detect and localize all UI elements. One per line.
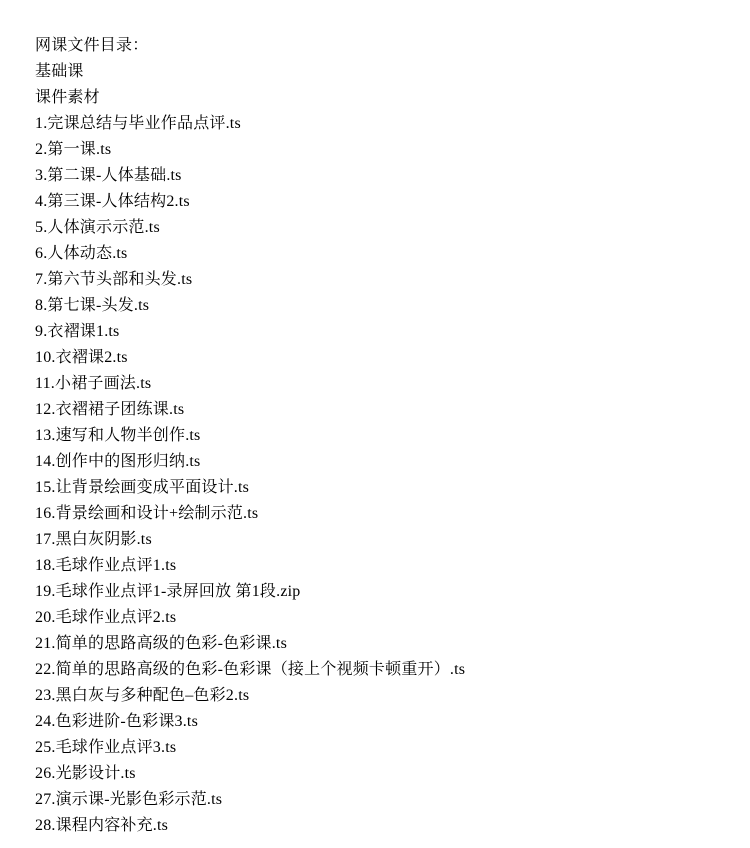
file-item: 16.背景绘画和设计+绘制示范.ts — [35, 501, 730, 527]
file-item: 26.光影设计.ts — [35, 761, 730, 787]
file-item: 2.第一课.ts — [35, 137, 730, 163]
file-item: 24.色彩进阶-色彩课3.ts — [35, 709, 730, 735]
file-item: 28.课程内容补充.ts — [35, 813, 730, 839]
file-list: 1.完课总结与毕业作品点评.ts2.第一课.ts3.第二课-人体基础.ts4.第… — [35, 111, 730, 839]
category-list: 基础课课件素材 — [35, 59, 730, 111]
file-item: 4.第三课-人体结构2.ts — [35, 189, 730, 215]
file-item: 10.衣褶课2.ts — [35, 345, 730, 371]
file-item: 22.简单的思路高级的色彩-色彩课（接上个视频卡顿重开）.ts — [35, 657, 730, 683]
category-label: 基础课 — [35, 59, 730, 85]
file-item: 23.黑白灰与多种配色–色彩2.ts — [35, 683, 730, 709]
file-item: 7.第六节头部和头发.ts — [35, 267, 730, 293]
page-title: 网课文件目录： — [35, 33, 730, 59]
file-item: 17.黑白灰阴影.ts — [35, 527, 730, 553]
file-item: 15.让背景绘画变成平面设计.ts — [35, 475, 730, 501]
file-item: 5.人体演示示范.ts — [35, 215, 730, 241]
file-item: 20.毛球作业点评2.ts — [35, 605, 730, 631]
file-item: 21.简单的思路高级的色彩-色彩课.ts — [35, 631, 730, 657]
file-item: 9.衣褶课1.ts — [35, 319, 730, 345]
file-item: 27.演示课-光影色彩示范.ts — [35, 787, 730, 813]
file-item: 1.完课总结与毕业作品点评.ts — [35, 111, 730, 137]
category-label: 课件素材 — [35, 85, 730, 111]
file-item: 8.第七课-头发.ts — [35, 293, 730, 319]
file-item: 11.小裙子画法.ts — [35, 371, 730, 397]
file-item: 25.毛球作业点评3.ts — [35, 735, 730, 761]
file-item: 6.人体动态.ts — [35, 241, 730, 267]
course-file-directory: 网课文件目录： 基础课课件素材 1.完课总结与毕业作品点评.ts2.第一课.ts… — [0, 0, 750, 848]
file-item: 19.毛球作业点评1-录屏回放 第1段.zip — [35, 579, 730, 605]
file-item: 12.衣褶裙子团练课.ts — [35, 397, 730, 423]
file-item: 13.速写和人物半创作.ts — [35, 423, 730, 449]
file-item: 3.第二课-人体基础.ts — [35, 163, 730, 189]
file-item: 18.毛球作业点评1.ts — [35, 553, 730, 579]
file-item: 14.创作中的图形归纳.ts — [35, 449, 730, 475]
